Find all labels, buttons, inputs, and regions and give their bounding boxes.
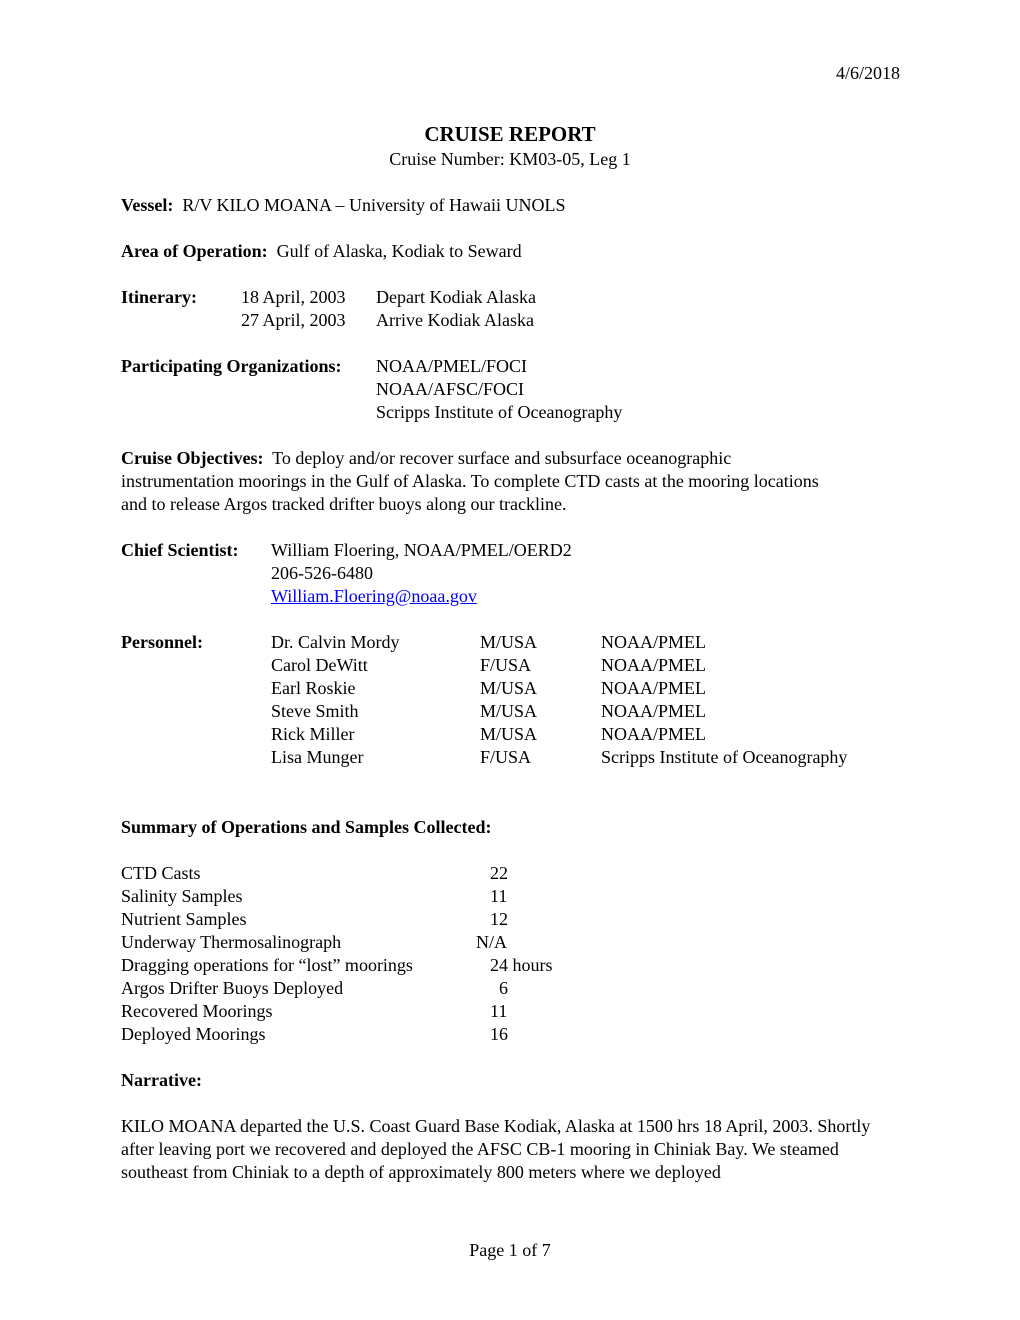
- personnel-sex-nationality: M/USA: [480, 631, 537, 654]
- personnel-org: NOAA/PMEL: [601, 677, 706, 700]
- personnel-label: Personnel:: [121, 631, 203, 654]
- summary-item: Argos Drifter Buoys Deployed: [121, 977, 343, 1000]
- vessel-label: Vessel:: [121, 195, 173, 215]
- narrative-heading: Narrative:: [121, 1069, 202, 1092]
- chief-scientist-email-link[interactable]: William.Floering@noaa.gov: [271, 585, 477, 608]
- summary-value: 24 hours: [490, 954, 553, 977]
- chief-scientist-label: Chief Scientist:: [121, 539, 238, 562]
- personnel-org: NOAA/PMEL: [601, 723, 706, 746]
- personnel-org: NOAA/PMEL: [601, 654, 706, 677]
- itinerary-label: Itinerary:: [121, 286, 197, 309]
- narrative-text: KILO MOANA departed the U.S. Coast Guard…: [121, 1115, 906, 1184]
- summary-item: Nutrient Samples: [121, 908, 246, 931]
- chief-scientist-name: William Floering, NOAA/PMEL/OERD2: [271, 539, 572, 562]
- summary-item: CTD Casts: [121, 862, 201, 885]
- summary-value: 16: [490, 1023, 508, 1046]
- area-line: Area of Operation: Gulf of Alaska, Kodia…: [121, 240, 522, 263]
- personnel-sex-nationality: M/USA: [480, 723, 537, 746]
- itinerary-event-2: Arrive Kodiak Alaska: [376, 309, 534, 332]
- vessel-value: R/V KILO MOANA – University of Hawaii UN…: [182, 195, 565, 215]
- personnel-name: Steve Smith: [271, 700, 359, 723]
- area-value: Gulf of Alaska, Kodiak to Seward: [277, 241, 522, 261]
- itinerary-date-1: 18 April, 2003: [241, 286, 346, 309]
- personnel-name: Earl Roskie: [271, 677, 355, 700]
- organization-item: Scripps Institute of Oceanography: [376, 401, 622, 424]
- personnel-org: Scripps Institute of Oceanography: [601, 746, 847, 769]
- summary-item: Recovered Moorings: [121, 1000, 272, 1023]
- personnel-sex-nationality: M/USA: [480, 677, 537, 700]
- personnel-sex-nationality: F/USA: [480, 654, 531, 677]
- header-date: 4/6/2018: [836, 62, 900, 85]
- summary-item: Deployed Moorings: [121, 1023, 265, 1046]
- vessel-line: Vessel: R/V KILO MOANA – University of H…: [121, 194, 566, 217]
- summary-item: Salinity Samples: [121, 885, 243, 908]
- organizations-label: Participating Organizations:: [121, 355, 341, 378]
- summary-item: Underway Thermosalinograph: [121, 931, 341, 954]
- organization-item: NOAA/AFSC/FOCI: [376, 378, 524, 401]
- personnel-sex-nationality: M/USA: [480, 700, 537, 723]
- personnel-name: Rick Miller: [271, 723, 355, 746]
- chief-scientist-phone: 206-526-6480: [271, 562, 373, 585]
- summary-value: 6: [499, 977, 508, 1000]
- objectives-paragraph: Cruise Objectives: To deploy and/or reco…: [121, 447, 836, 516]
- personnel-name: Lisa Munger: [271, 746, 363, 769]
- summary-value: 11: [490, 885, 507, 908]
- personnel-sex-nationality: F/USA: [480, 746, 531, 769]
- personnel-org: NOAA/PMEL: [601, 631, 706, 654]
- objectives-label: Cruise Objectives:: [121, 448, 263, 468]
- summary-value: 11: [490, 1000, 507, 1023]
- personnel-name: Carol DeWitt: [271, 654, 368, 677]
- summary-item: Dragging operations for “lost” moorings: [121, 954, 413, 977]
- page-number: Page 1 of 7: [0, 1239, 1020, 1262]
- page-title: CRUISE REPORT: [0, 121, 1020, 147]
- summary-value: 12: [490, 908, 508, 931]
- itinerary-date-2: 27 April, 2003: [241, 309, 346, 332]
- summary-value: 22: [490, 862, 508, 885]
- personnel-name: Dr. Calvin Mordy: [271, 631, 400, 654]
- organization-item: NOAA/PMEL/FOCI: [376, 355, 527, 378]
- cruise-number: Cruise Number: KM03-05, Leg 1: [0, 148, 1020, 171]
- personnel-org: NOAA/PMEL: [601, 700, 706, 723]
- itinerary-event-1: Depart Kodiak Alaska: [376, 286, 536, 309]
- area-label: Area of Operation:: [121, 241, 268, 261]
- summary-value: N/A: [476, 931, 507, 954]
- summary-heading: Summary of Operations and Samples Collec…: [121, 816, 492, 839]
